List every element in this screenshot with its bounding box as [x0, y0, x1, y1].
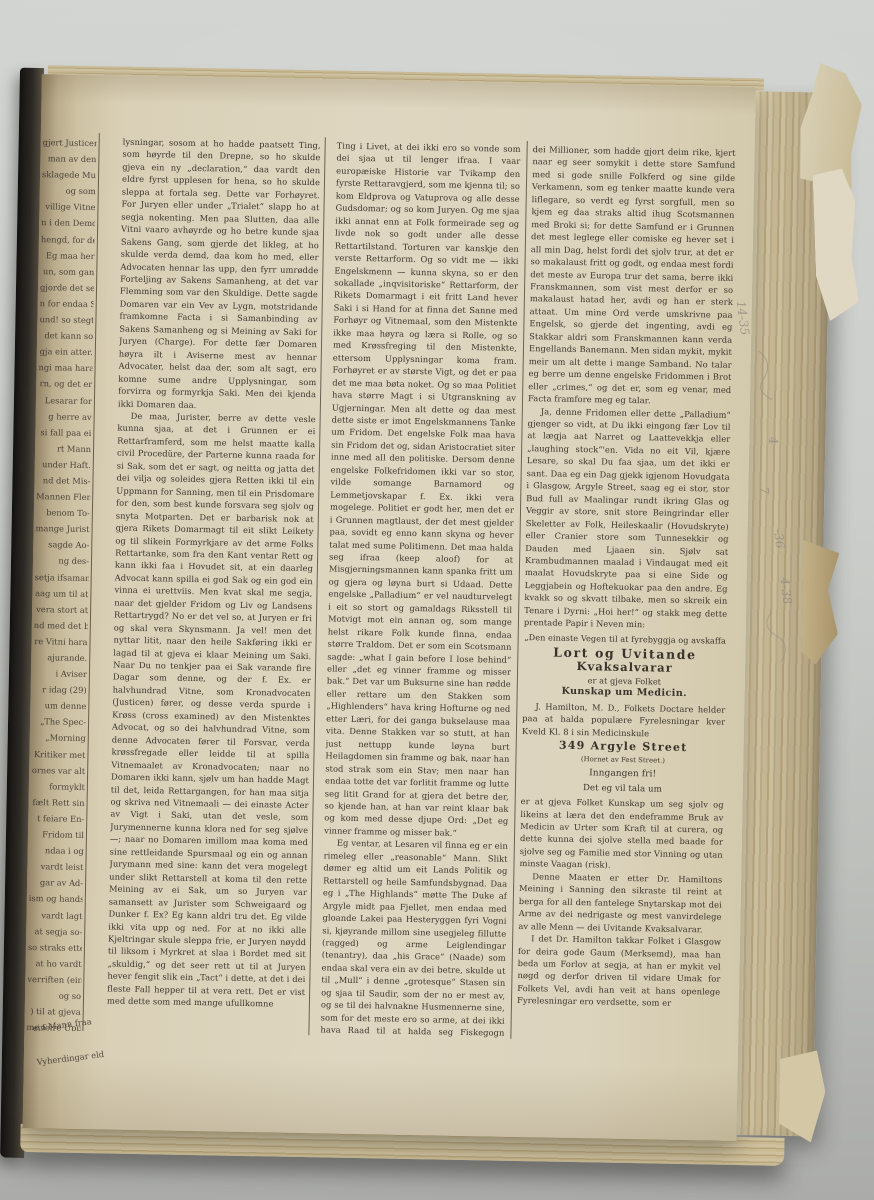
article-paragraph: Denne Maaten er etter Dr. Hamiltons Mein… — [518, 870, 722, 936]
article-paragraph: Ja, denne Fridomen eller dette „Palladiu… — [524, 405, 731, 633]
text-fragment: ngi maa hara — [38, 359, 92, 376]
text-fragment: at segja so- — [28, 923, 82, 940]
text-fragment: ndaa i og — [30, 842, 84, 859]
text-fragment: 4 — [766, 436, 781, 445]
text-fragment: i Aviser — [33, 665, 87, 682]
text-fragment: det kann so — [39, 327, 93, 344]
text-fragment: rn, og det er — [38, 376, 92, 393]
text-fragment: um denne — [32, 697, 86, 714]
text-fragment: og so — [27, 987, 81, 1004]
text-column-3: dei Millioner, som hadde gjort deim rike… — [516, 143, 735, 1043]
text-fragment: Kritiker met — [31, 746, 85, 763]
text-fragment: und! so stegt — [39, 311, 93, 328]
text-fragment: og som — [42, 182, 96, 199]
text-fragment: verriften (ein — [27, 971, 81, 988]
text-fragment: mange Juriste — [35, 520, 89, 537]
text-fragment: -36 — [771, 528, 787, 549]
text-fragment: sagde Ao- — [35, 536, 89, 553]
text-fragment: under Haft. — [37, 456, 91, 473]
article-paragraph: Eg ventar, at Lesaren vil finna eg er ei… — [320, 837, 508, 1039]
text-fragment: nd det Mis- — [36, 472, 90, 489]
text-fragment: „The Spec- — [32, 713, 86, 730]
article-paragraph: I det Dr. Hamilton takkar Folket i Glasg… — [517, 932, 721, 1010]
text-fragment: gjert Justicen — [43, 134, 97, 151]
text-fragment: gar av Ad- — [29, 874, 83, 891]
text-fragment: ajurande. — [33, 649, 87, 666]
text-fragment: so straks etter — [28, 939, 82, 956]
article-paragraph: lysningar, sosom at ho hadde paatsett Ti… — [118, 136, 321, 414]
text-fragment: formyklt — [31, 778, 85, 795]
article-paragraph: De maa, Jurister, berre av dette vesle k… — [107, 410, 316, 1011]
text-fragment: un, som gan — [40, 263, 94, 280]
text-fragment: sklagede Mur- — [42, 166, 96, 183]
text-fragment: Lesarar for — [38, 392, 92, 409]
text-fragment: man av den — [42, 150, 96, 167]
text-fragment: r idag (29) — [33, 681, 87, 698]
text-fragment: Mannen Flem- — [36, 488, 90, 505]
ad-body-text: J. Hamilton, M. D., Folkets Doctare held… — [522, 700, 726, 741]
text-fragment: vardt lagt — [28, 907, 82, 924]
article-paragraph: Ting i Livet, at dei ikki ero so vonde s… — [324, 140, 521, 841]
text-fragment: ornes var alt — [31, 762, 85, 779]
text-fragment: hengd, for det — [41, 231, 95, 248]
text-fragment: g herre av — [38, 408, 92, 425]
text-fragment: Fridom til — [30, 826, 84, 843]
text-fragment: t feiare En- — [30, 810, 84, 827]
text-column-2: Ting i Livet, at dei ikki ero so vonde s… — [320, 140, 520, 1039]
text-fragment: n i den Demde — [41, 215, 95, 232]
text-fragment: benom To- — [36, 504, 90, 521]
footer-text-fragments: ein Mann fraaVyherdingar eld — [31, 996, 168, 1079]
text-fragment: nd med det be- — [34, 617, 88, 634]
text-fragment: at ho vardt — [27, 955, 81, 972]
text-fragment: si fall paa ei — [37, 424, 91, 441]
text-column-1: lysningar, sosom at ho hadde paatsett Ti… — [106, 136, 320, 1035]
ad-admission-line: Inngangen fri! — [521, 766, 724, 782]
ad-address-note: (Hornet av Fest Street.) — [521, 752, 724, 768]
text-fragment: gja ein atter. — [39, 343, 93, 360]
text-fragment: Eg maa her — [40, 247, 94, 264]
text-fragment: aag um til at — [34, 585, 88, 602]
text-fragment: gjorde det se- — [40, 279, 94, 296]
advertisement: „Den einaste Vegen til at fyrebyggja og … — [521, 631, 727, 797]
torn-paper-fragment — [801, 540, 839, 665]
text-fragment: vardt leist — [29, 858, 83, 875]
text-fragment: fælt Rett sin — [30, 794, 84, 811]
text-fragment: vera stort at — [34, 601, 88, 618]
torn-paper-fragment — [794, 61, 867, 189]
text-fragment: n for endaa Si- — [40, 295, 94, 312]
newspaper-page: gjert Justicenman av densklagede Mur-og … — [23, 74, 756, 1141]
ad-lead-line: Det eg vil tala um — [521, 781, 724, 797]
text-fragment: ng des- — [35, 553, 89, 570]
text-fragment: villige Vitne — [41, 199, 95, 216]
text-fragment: „Morning — [32, 730, 86, 747]
article-paragraph: dei Millioner, som hadde gjort deim rike… — [528, 143, 736, 408]
text-fragment: 7 — [757, 486, 772, 495]
text-fragment: rt Mann — [37, 440, 91, 457]
photograph-background: gjert Justicenman av densklagede Mur-og … — [0, 0, 874, 1200]
ad-subtitle: Kunskap um Medicin. — [523, 686, 726, 702]
text-fragment: ism og hands — [29, 890, 83, 907]
article-paragraph: er at gjeva Folket Kunskap um seg sjolv … — [519, 795, 723, 873]
text-fragment: setja ifsaman, — [35, 569, 89, 586]
text-fragment: re Vitni hara — [33, 633, 87, 650]
book: gjert Justicenman av densklagede Mur-og … — [0, 58, 852, 1195]
